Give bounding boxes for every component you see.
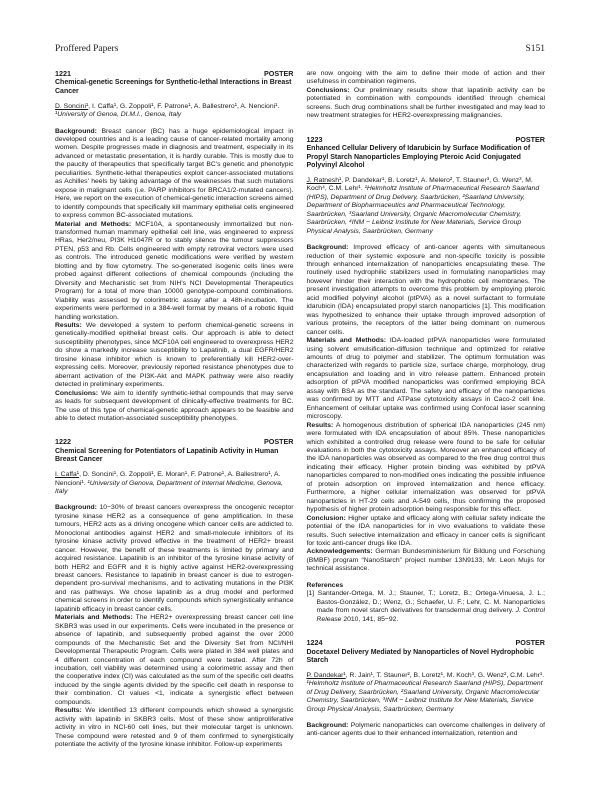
section-text: Improved efficacy of anti-cancer agents … [307,244,546,336]
section-text: MCF10A, a spontaneously immortalized but… [55,221,294,321]
abstract-1221-header: 1221 POSTER [55,70,294,78]
author-line: J. Ratnesh¹, P. Dandekar¹, B. Loretz¹, A… [307,177,546,236]
left-column: 1221 POSTER Chemical-genetic Screenings … [55,70,294,750]
section-text: are now ongoing with the aim to define t… [307,70,546,85]
abstract-title: Enhanced Cellular Delivery of Idarubicin… [307,145,546,171]
poster-badge: POSTER [264,438,294,446]
abstract-1222-continuation: are now ongoing with the aim to define t… [307,70,546,121]
affiliation: ¹Helmholtz Institute of Pharmaceutical R… [307,185,540,234]
abstract-1223: 1223 POSTER Enhanced Cellular Delivery o… [307,136,546,624]
section-label: Background: [55,128,97,135]
page-header: Proffered Papers S151 [55,44,545,54]
section-materials-methods: Materials and Methods: IDA-loaded ptPVA … [307,337,546,422]
section-text: 10−30% of breast cancers overexpress the… [55,504,294,612]
abstract-1224: 1224 POSTER Docetaxel Delivery Mediated … [307,639,546,739]
abstract-1222: 1222 POSTER Chemical Screening for Poten… [55,438,294,749]
reference-body: Santander-Ortega, M. J.; Stauner, T.; Lo… [317,590,546,614]
reference-tail: 2010, 141, 85−92. [343,616,398,623]
section-background: Background: 10−30% of breast cancers ove… [55,504,294,614]
section-conclusions: Conclusions: Our preliminary results sho… [307,87,546,121]
two-column-layout: 1221 POSTER Chemical-genetic Screenings … [55,70,545,750]
reference-marker: [1] [307,590,315,597]
section-conclusions: Conclusions: We aim to identify syntheti… [55,390,294,424]
author-line: I. Caffa¹, D. Soncini¹, G. Zoppoli¹, E. … [55,471,294,496]
poster-badge: POSTER [515,639,545,647]
section-background: Background: Improved efficacy of anti-ca… [307,244,546,337]
poster-badge: POSTER [515,136,545,144]
affiliation: ¹University of Genoa, DI.M.I., Genoa, It… [55,111,181,118]
presenting-author: J. Ratnesh¹ [307,177,342,184]
section-background-partial: Background: Polymeric nanoparticles can … [307,722,546,739]
section-text: A homogenous distribution of spherical I… [307,422,546,514]
section-label: Conclusion: [307,515,346,522]
section-label: Results: [307,422,334,429]
right-column: are now ongoing with the aim to define t… [307,70,546,750]
section-label: Conclusions: [307,87,350,94]
section-results-continued: are now ongoing with the aim to define t… [307,70,546,87]
abstract-title: Docetaxel Delivery Mediated by Nanoparti… [307,649,546,666]
section-label: Background: [307,244,349,251]
abstract-number: 1223 [307,136,323,144]
section-materials-methods: Materials and Methods: The HER2+ overexp… [55,614,294,707]
section-label: Background: [55,504,97,511]
section-label: Background: [307,722,349,729]
references-heading: References [307,582,546,590]
abstract-number: 1222 [55,438,71,446]
section-label: Results: [55,707,82,714]
affiliation: ¹University of Genova, Department of Int… [55,480,283,495]
abstract-title: Chemical Screening for Potentiators of L… [55,448,294,465]
presenting-author: I. Caffa¹ [55,471,79,478]
section-conclusion: Conclusion: Higher uptake and efficacy a… [307,515,546,549]
presenting-author: P. Dandekar¹ [307,672,346,679]
abstract-title: Chemical-genetic Screenings for Syntheti… [55,79,294,96]
section-acknowledgements: Acknowledgements: German Bundesministeri… [307,548,546,573]
author-line: P. Dandekar¹, R. Jain¹, T. Stauner², B. … [307,672,546,714]
section-results-part1: Results: We identified 13 different comp… [55,707,294,749]
section-results: Results: We developed a system to perfor… [55,322,294,390]
author-line: D. Soncini¹, I. Caffa¹, G. Zoppoli¹, F. … [55,103,294,120]
section-label: Acknowledgements: [307,548,373,555]
section-text: Breast cancer (BC) has a huge epidemiolo… [55,128,294,220]
coauthors: , R. Jain¹, T. Stauner², B. Loretz¹, M. … [346,672,544,679]
section-text: IDA-loaded ptPVA nanoparticles were form… [307,337,546,420]
page-number: S151 [525,44,545,54]
abstract-1222-header: 1222 POSTER [55,438,294,446]
abstract-1223-header: 1223 POSTER [307,136,546,144]
section-label: Materials and Methods: [55,614,133,621]
presenting-author: D. Soncini¹ [55,103,88,110]
section-results: Results: A homogenous distribution of sp… [307,422,546,515]
section-background: Background: Breast cancer (BC) has a hug… [55,128,294,221]
coauthors: , I. Caffa¹, G. Zoppoli¹, F. Patrone¹, A… [88,103,279,110]
abstract-number: 1224 [307,639,323,647]
reference-item: [1] Santander-Ortega, M. J.; Stauner, T.… [307,590,546,624]
abstract-number: 1221 [55,70,71,78]
section-material-methods: Material and Methods: MCF10A, a spontane… [55,221,294,322]
abstract-1221: 1221 POSTER Chemical-genetic Screenings … [55,70,294,423]
affiliation: ¹Helmholtz Institute of Pharmaceutical R… [307,680,543,712]
journal-page: Proffered Papers S151 1221 POSTER Chemic… [0,0,600,795]
section-label: Conclusions: [55,390,98,397]
poster-badge: POSTER [264,70,294,78]
section-text: The HER2+ overexpressing breast cancer c… [55,614,294,706]
abstract-1224-header: 1224 POSTER [307,639,546,647]
section-text: We developed a system to perform chemica… [55,322,294,388]
running-head: Proffered Papers [55,44,118,54]
section-label: Material and Methods: [55,221,131,228]
section-label: Results: [55,322,82,329]
section-label: Materials and Methods: [307,337,386,344]
section-text: We identified 13 different compounds whi… [55,707,294,748]
